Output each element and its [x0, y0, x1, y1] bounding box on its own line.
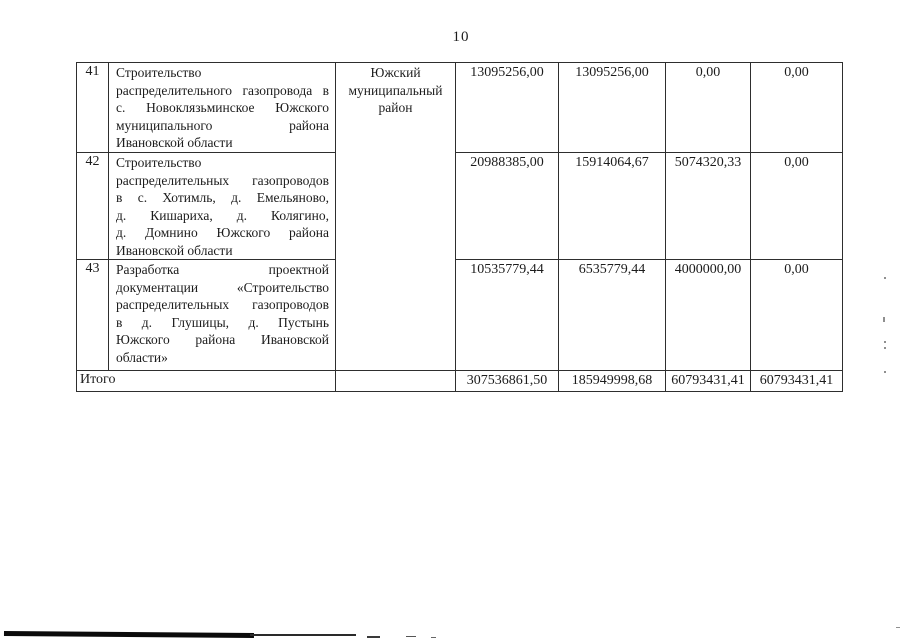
- scan-speck: [896, 627, 900, 628]
- description-line: области»: [116, 349, 329, 367]
- description-line: в д. Глушицы, д. Пустынь: [116, 314, 329, 332]
- value-cell: 5074320,33: [666, 153, 751, 260]
- description-line: Строительство: [116, 154, 329, 172]
- description-line: Ивановской области: [116, 134, 329, 152]
- value-cell: 0,00: [751, 260, 843, 371]
- value-cell: 20988385,00: [456, 153, 559, 260]
- description-line: Ивановской области: [116, 242, 329, 260]
- description-line: Разработка проектной: [116, 261, 329, 279]
- total-empty-cell: [336, 371, 456, 392]
- scan-speck: [884, 347, 886, 349]
- page-number: 10: [441, 29, 481, 46]
- description-line: д. Кишариха, д. Колягино,: [116, 207, 329, 225]
- table-row: 41 Строительство распределительного газо…: [77, 63, 843, 153]
- municipality-line: район: [336, 99, 455, 117]
- project-description: Строительство распределительных газопров…: [109, 153, 336, 260]
- table-row: 43 Разработка проектной документации «Ст…: [77, 260, 843, 371]
- value-cell: 0,00: [751, 153, 843, 260]
- scan-artifact-dash: [431, 637, 436, 638]
- municipality-line: муниципальный: [336, 82, 455, 100]
- scan-speck: [884, 371, 886, 373]
- scan-artifact-dash: [367, 636, 380, 638]
- value-cell: 15914064,67: [559, 153, 666, 260]
- document-page: { "page": { "number": "10" }, "colors": …: [0, 0, 905, 640]
- row-number: 42: [77, 153, 109, 260]
- value-cell: 4000000,00: [666, 260, 751, 371]
- total-value-cell: 60793431,41: [666, 371, 751, 392]
- value-cell: 13095256,00: [456, 63, 559, 153]
- table-row: 42 Строительство распределительных газоп…: [77, 153, 843, 260]
- project-description: Разработка проектной документации «Строи…: [109, 260, 336, 371]
- total-row: Итого 307536861,50 185949998,68 60793431…: [77, 371, 843, 392]
- total-label: Итого: [77, 371, 336, 392]
- total-value-cell: 185949998,68: [559, 371, 666, 392]
- total-value-cell: 307536861,50: [456, 371, 559, 392]
- description-line: распределительного газопровода в: [116, 82, 329, 100]
- value-cell: 0,00: [751, 63, 843, 153]
- value-cell: 13095256,00: [559, 63, 666, 153]
- municipality-cell: Южский муниципальный район: [336, 63, 456, 371]
- municipality-line: Южский: [336, 64, 455, 82]
- total-value-cell: 60793431,41: [751, 371, 843, 392]
- budget-table: 41 Строительство распределительного газо…: [76, 62, 843, 392]
- description-line: муниципального района: [116, 117, 329, 135]
- scan-speck: [883, 317, 885, 322]
- value-cell: 6535779,44: [559, 260, 666, 371]
- description-line: распределительных газопроводов: [116, 172, 329, 190]
- description-line: д. Домнино Южского района: [116, 224, 329, 242]
- description-line: Южского района Ивановской: [116, 331, 329, 349]
- row-number: 41: [77, 63, 109, 153]
- value-cell: 10535779,44: [456, 260, 559, 371]
- description-line: Строительство: [116, 64, 329, 82]
- scan-speck: [884, 277, 886, 279]
- scan-speck: [884, 341, 886, 343]
- value-cell: 0,00: [666, 63, 751, 153]
- project-description: Строительство распределительного газопро…: [109, 63, 336, 153]
- description-line: документации «Строительство: [116, 279, 329, 297]
- scan-artifact-bar: [4, 631, 254, 638]
- description-line: распределительных газопроводов: [116, 296, 329, 314]
- scan-artifact-dash: [406, 636, 416, 637]
- description-line: в с. Хотимль, д. Емельяново,: [116, 189, 329, 207]
- description-line: с. Новоклязьминское Южского: [116, 99, 329, 117]
- scan-artifact-bar: [250, 634, 356, 636]
- row-number: 43: [77, 260, 109, 371]
